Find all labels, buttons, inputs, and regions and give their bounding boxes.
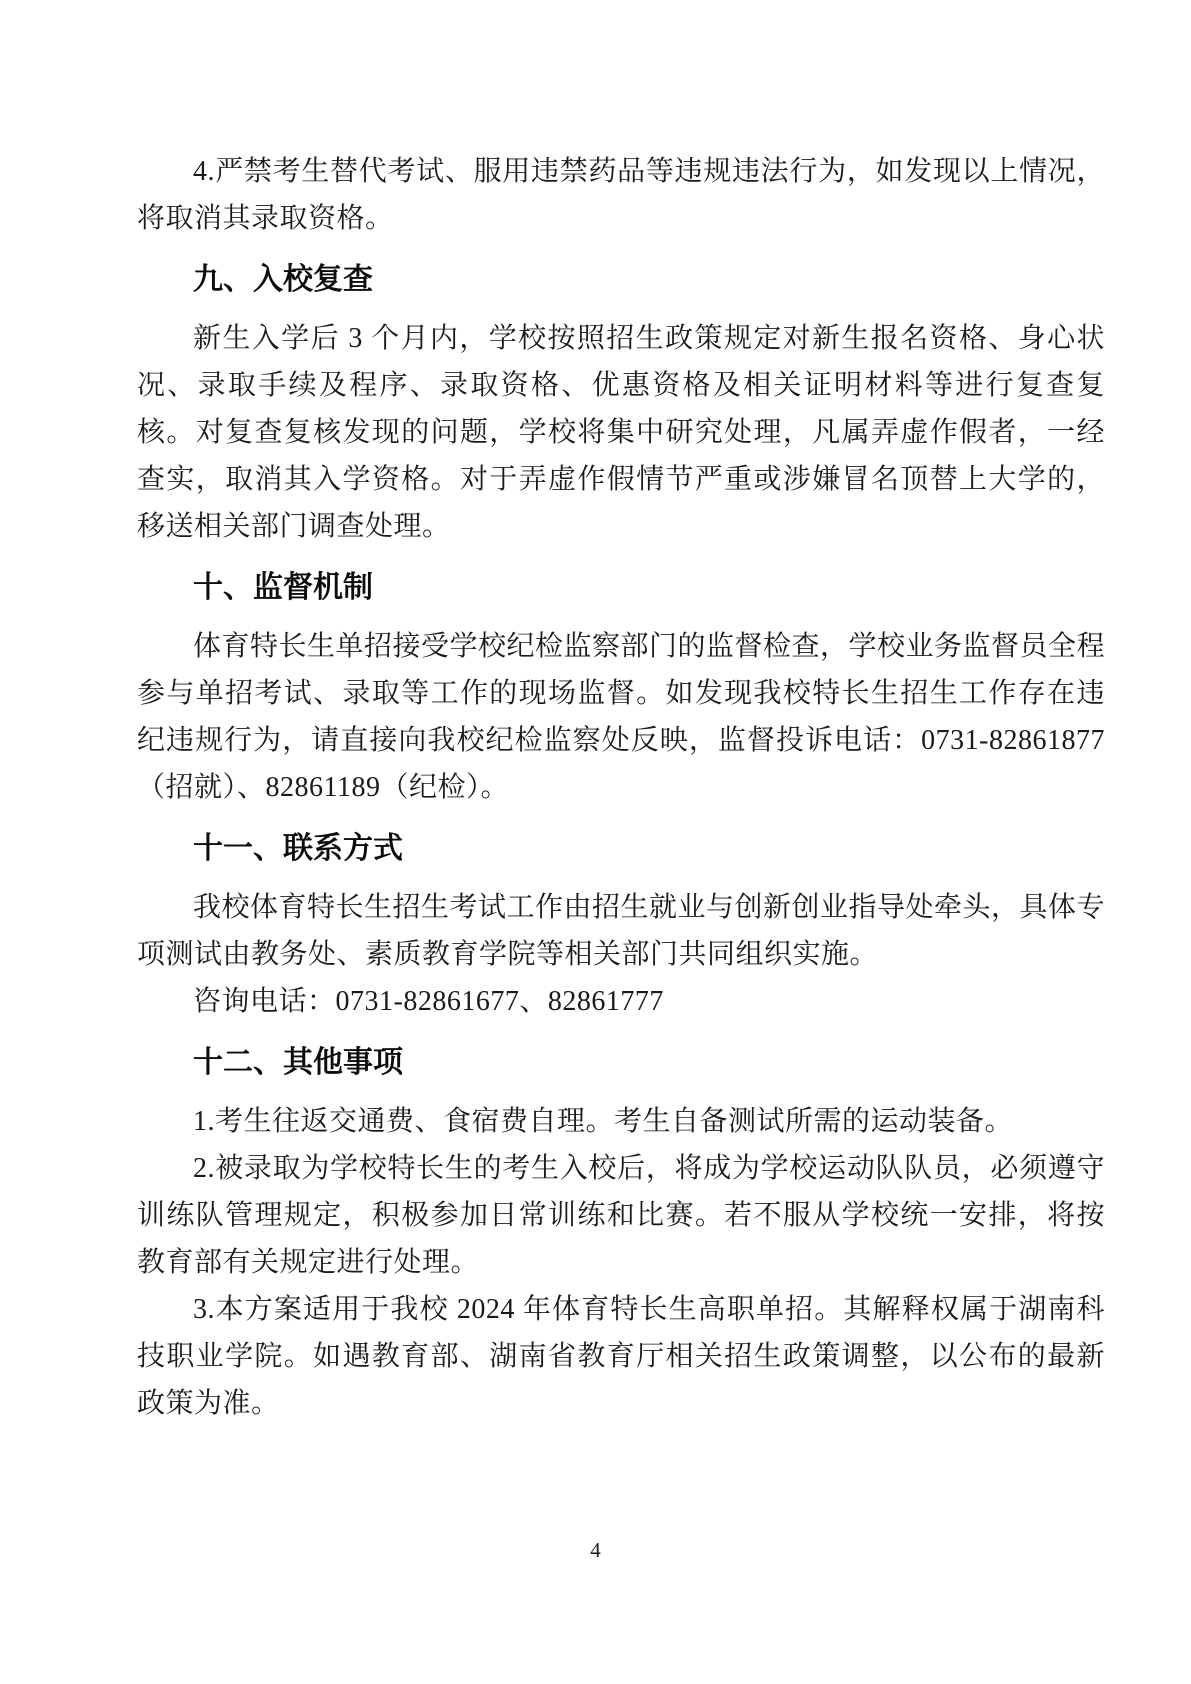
- heading-section-12-other-matters: 十二、其他事项: [137, 1039, 1105, 1086]
- heading-section-9-entry-recheck: 九、入校复查: [137, 256, 1105, 303]
- para-exam-violation-rule: 4.严禁考生替代考试、服用违禁药品等违规违法行为，如发现以上情况，将取消其录取资…: [137, 148, 1105, 242]
- para-other-item-3-interpretation: 3.本方案适用于我校 2024 年体育特长生高职单招。其解释权属于湖南科技职业学…: [137, 1286, 1105, 1427]
- para-other-item-1-expenses: 1.考生往返交通费、食宿费自理。考生自备测试所需的运动装备。: [137, 1098, 1105, 1145]
- heading-section-11-contact: 十一、联系方式: [137, 825, 1105, 872]
- document-body: 4.严禁考生替代考试、服用违禁药品等违规违法行为，如发现以上情况，将取消其录取资…: [137, 148, 1105, 1427]
- para-contact-phone: 咨询电话：0731-82861677、82861777: [137, 978, 1105, 1025]
- para-entry-recheck-detail: 新生入学后 3 个月内，学校按照招生政策规定对新生报名资格、身心状况、录取手续及…: [137, 315, 1105, 550]
- para-supervision-detail: 体育特长生单招接受学校纪检监察部门的监督检查，学校业务监督员全程参与单招考试、录…: [137, 623, 1105, 811]
- heading-section-10-supervision: 十、监督机制: [137, 564, 1105, 611]
- para-other-item-2-team-rules: 2.被录取为学校特长生的考生入校后，将成为学校运动队队员，必须遵守训练队管理规定…: [137, 1145, 1105, 1286]
- para-contact-organizers: 我校体育特长生招生考试工作由招生就业与创新创业指导处牵头，具体专项测试由教务处、…: [137, 884, 1105, 978]
- page-number: 4: [0, 1538, 1191, 1562]
- document-page: 4.严禁考生替代考试、服用违禁药品等违规违法行为，如发现以上情况，将取消其录取资…: [0, 0, 1191, 1684]
